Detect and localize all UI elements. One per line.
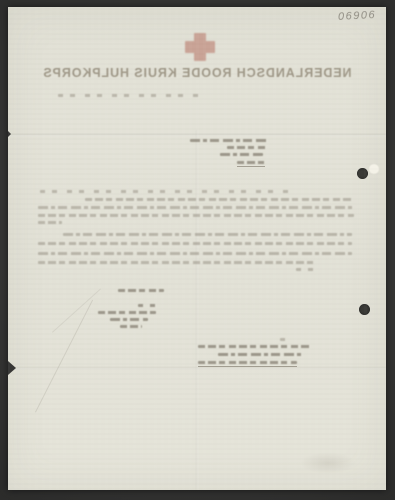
edge-notch (8, 361, 16, 375)
pencil-archival-number: 06906 (338, 9, 377, 23)
ghost-text-line (280, 338, 288, 341)
punch-hole-top (357, 168, 368, 179)
ghost-text-line (40, 190, 295, 193)
scan-overlay: NEDERLANDSCH ROODE KRUIS HULPKORPS 06906 (8, 7, 386, 490)
ghost-text-line (38, 206, 354, 209)
ghost-text-line (38, 214, 354, 217)
ghost-text-line (220, 153, 263, 156)
punch-hole-bottom (359, 304, 370, 315)
ghost-text-line (190, 139, 267, 142)
ghost-text-line (138, 304, 156, 307)
ghost-text-line (58, 94, 204, 97)
ghost-text-line (38, 252, 352, 255)
punch-hole-overlay-dot (369, 164, 379, 174)
ghost-text-line (198, 345, 310, 348)
ghost-text-underline (237, 166, 265, 167)
ghost-text-line (237, 161, 265, 164)
ghost-text-line (296, 268, 316, 271)
fold-line-vertical (196, 130, 198, 490)
ghost-text-line (110, 318, 148, 321)
ghost-text-line (38, 242, 352, 245)
ghost-text-underline (198, 366, 297, 367)
crease-line (52, 289, 101, 333)
ghost-text-line (120, 325, 142, 328)
ghost-text-line (85, 198, 352, 201)
ghost-text-line (38, 221, 62, 224)
ghost-text-line (218, 353, 303, 356)
red-cross-icon (185, 33, 215, 61)
red-cross-horizontal-bar (185, 41, 215, 53)
ghost-text-line (63, 233, 352, 236)
ghost-text-line (98, 311, 156, 314)
ghost-text-line (38, 261, 314, 264)
smudge-mark (300, 452, 356, 474)
letterhead-title-mirrored: NEDERLANDSCH ROODE KRUIS HULPKORPS (42, 66, 351, 80)
ghost-text-line (227, 146, 267, 149)
ghost-text-line (198, 361, 297, 364)
crease-line (35, 300, 93, 413)
paper: NEDERLANDSCH ROODE KRUIS HULPKORPS 06906 (8, 7, 386, 490)
ghost-text-line (118, 289, 164, 292)
edge-nick (8, 131, 11, 137)
